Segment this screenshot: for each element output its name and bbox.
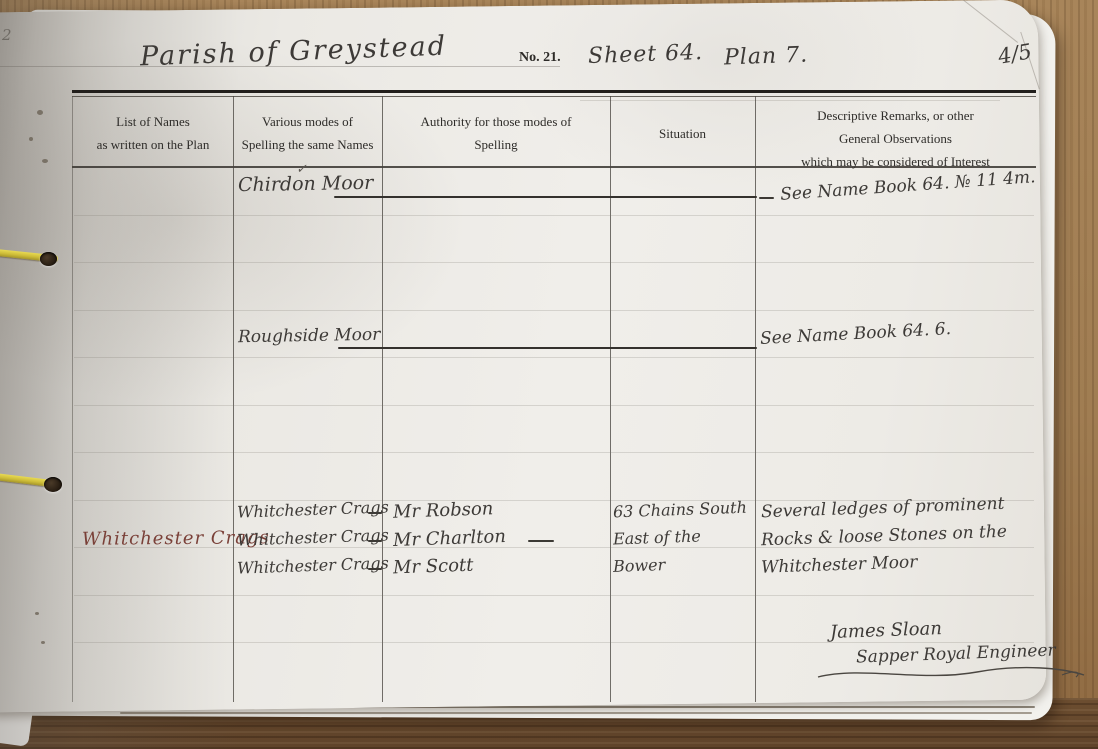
binding-hole-icon	[40, 252, 57, 266]
entry-authority: Mr Robson	[393, 498, 494, 522]
entry-situation: 63 Chains South	[613, 498, 747, 522]
column-header-names: List of Names as written on the Plan	[74, 110, 232, 156]
page-content: 2 Parish of Greystead No. 21. Sheet 64. …	[0, 0, 1098, 749]
column-header-spelling-modes: Various modes of Spelling the same Names	[235, 110, 380, 156]
column-header-line: Descriptive Remarks, or other	[757, 104, 1034, 127]
entry-spelling: Whitchester Crags	[237, 497, 389, 521]
entry-authority: Mr Scott	[393, 555, 474, 579]
number-label: No. 21.	[519, 50, 561, 66]
entry-situation: Bower	[613, 555, 666, 576]
entry-spelling: Whitchester Crags	[237, 553, 389, 577]
ruled-line	[74, 452, 1034, 453]
column-divider	[610, 96, 611, 702]
column-header-line: as written on the Plan	[74, 133, 232, 156]
entry-remarks: Rocks & loose Stones on the	[761, 522, 1007, 551]
column-header-remarks: Descriptive Remarks, or other General Ob…	[757, 104, 1034, 173]
surveyor-signature-name: James Sloan	[830, 618, 943, 643]
ruled-line	[74, 405, 1034, 406]
corner-page-mark: 2	[2, 26, 12, 44]
column-header-line: Spelling the same Names	[235, 133, 380, 156]
column-header-authority: Authority for those modes of Spelling	[384, 110, 608, 156]
entry-spelling: Whitchester Crags	[237, 525, 389, 549]
column-header-line: List of Names	[74, 110, 232, 133]
page-number: 4/5	[996, 39, 1033, 69]
entry-dash-ink	[528, 540, 554, 542]
binding-hole-icon	[44, 477, 62, 492]
header-rule	[580, 100, 1000, 101]
column-header-line: Authority for those modes of	[384, 110, 608, 133]
entry-authority: Mr Charlton	[393, 526, 507, 551]
entry-rule-ink	[334, 196, 757, 198]
entry-dash-ink	[368, 540, 382, 542]
binding-hole-speck	[35, 612, 39, 615]
entry-remarks: See Name Book 64. 6.	[760, 319, 952, 349]
ruled-line	[74, 357, 1034, 358]
photograph-of-name-book-page: { "header": { "corner_mark": "2", "paris…	[0, 0, 1098, 749]
ruled-line	[74, 595, 1034, 596]
entry-remarks: Whitchester Moor	[761, 552, 918, 577]
column-header-line: General Observations	[757, 127, 1034, 150]
sheet-label: Sheet 64.	[588, 40, 704, 69]
ruled-line	[74, 642, 1034, 643]
entry-situation: East of the	[613, 526, 701, 548]
column-divider	[755, 96, 756, 702]
entry-rule-ink	[338, 347, 757, 349]
column-divider	[233, 96, 234, 702]
table-top-rule-heavy	[72, 90, 1036, 93]
column-header-situation: Situation	[612, 122, 753, 145]
page-fold-crease	[956, 0, 1018, 43]
binding-hole-speck	[42, 159, 48, 163]
signature-flourish	[812, 662, 1092, 686]
entry-dash-ink	[759, 197, 774, 199]
table-border-left	[72, 96, 73, 702]
ruled-line	[74, 262, 1034, 263]
binding-hole-speck	[37, 110, 43, 115]
entry-spelling: Chirdon Moor	[238, 172, 374, 196]
plan-label: Plan 7.	[724, 43, 809, 71]
entry-dash-ink	[368, 568, 382, 570]
entry-dash-ink	[368, 512, 382, 514]
column-divider	[382, 96, 383, 702]
table-top-rule-thin	[72, 96, 1036, 97]
entry-spelling: Roughside Moor	[238, 325, 381, 347]
ruled-line	[74, 215, 1034, 216]
column-header-line: Various modes of	[235, 110, 380, 133]
ruled-line	[74, 310, 1034, 311]
column-header-line: Spelling	[384, 133, 608, 156]
binding-hole-speck	[41, 641, 45, 644]
entry-remarks: Several ledges of prominent	[761, 494, 1005, 522]
binding-hole-speck	[29, 137, 33, 141]
column-header-line: Situation	[612, 122, 753, 145]
